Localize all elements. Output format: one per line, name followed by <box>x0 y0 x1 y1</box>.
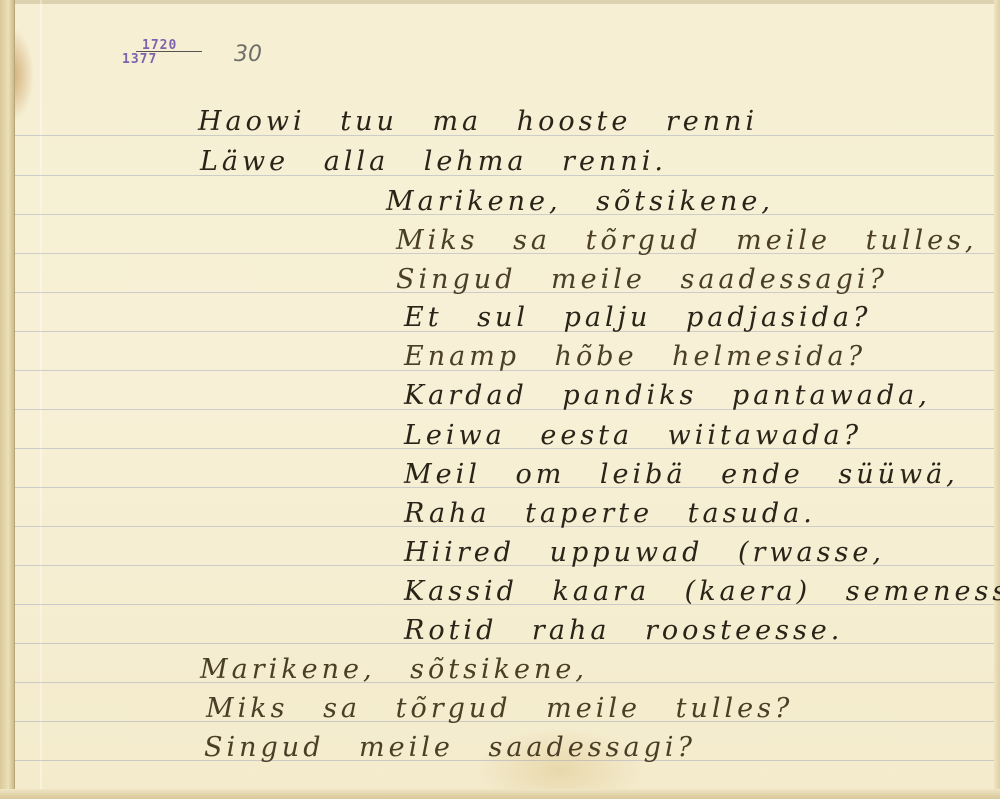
verse-line: Miks sa tõrgud meile tulles, <box>396 225 978 256</box>
verse-line: Läwe alla lehma renni. <box>200 146 667 177</box>
verse-line: Rotid raha roosteesse. <box>404 615 843 646</box>
verse-line: Hiired uppuwad (rwasse, <box>404 537 885 568</box>
margin-fold <box>40 0 42 799</box>
verse-line: Haowi tuu ma hooste renni <box>198 106 758 137</box>
manuscript-page: 1720 1377 30 Haowi tuu ma hooste renni L… <box>0 0 1000 799</box>
page-right-edge <box>994 0 1000 799</box>
verse-line: Kassid kaara (kaera) semenesse, <box>404 576 1000 607</box>
verse-line: Et sul palju padjasida? <box>404 302 871 333</box>
verse-line: Singud meile saadessagi? <box>396 264 888 295</box>
page-number: 30 <box>234 42 262 67</box>
verse-line: Marikene, sõtsikene, <box>386 186 774 217</box>
verse-line: Miks sa tõrgud meile tulles? <box>206 693 793 724</box>
verse-line: Meil om leibä ende süüwä, <box>404 459 959 490</box>
stamp-prefix: 1377 <box>122 52 157 67</box>
verse-line: Leiwa eesta wiitawada? <box>404 420 862 451</box>
verse-line: Raha taperte tasuda. <box>404 498 816 529</box>
verse-line: Singud meile saadessagi? <box>204 732 696 763</box>
binding-edge <box>0 0 15 799</box>
verse-line: Marikene, sõtsikene, <box>200 654 588 685</box>
page-top-edge <box>0 0 1000 4</box>
page-bottom-edge <box>0 789 1000 799</box>
verse-line: Kardad pandiks pantawada, <box>404 380 931 411</box>
verse-line: Enamp hõbe helmesida? <box>404 341 866 372</box>
